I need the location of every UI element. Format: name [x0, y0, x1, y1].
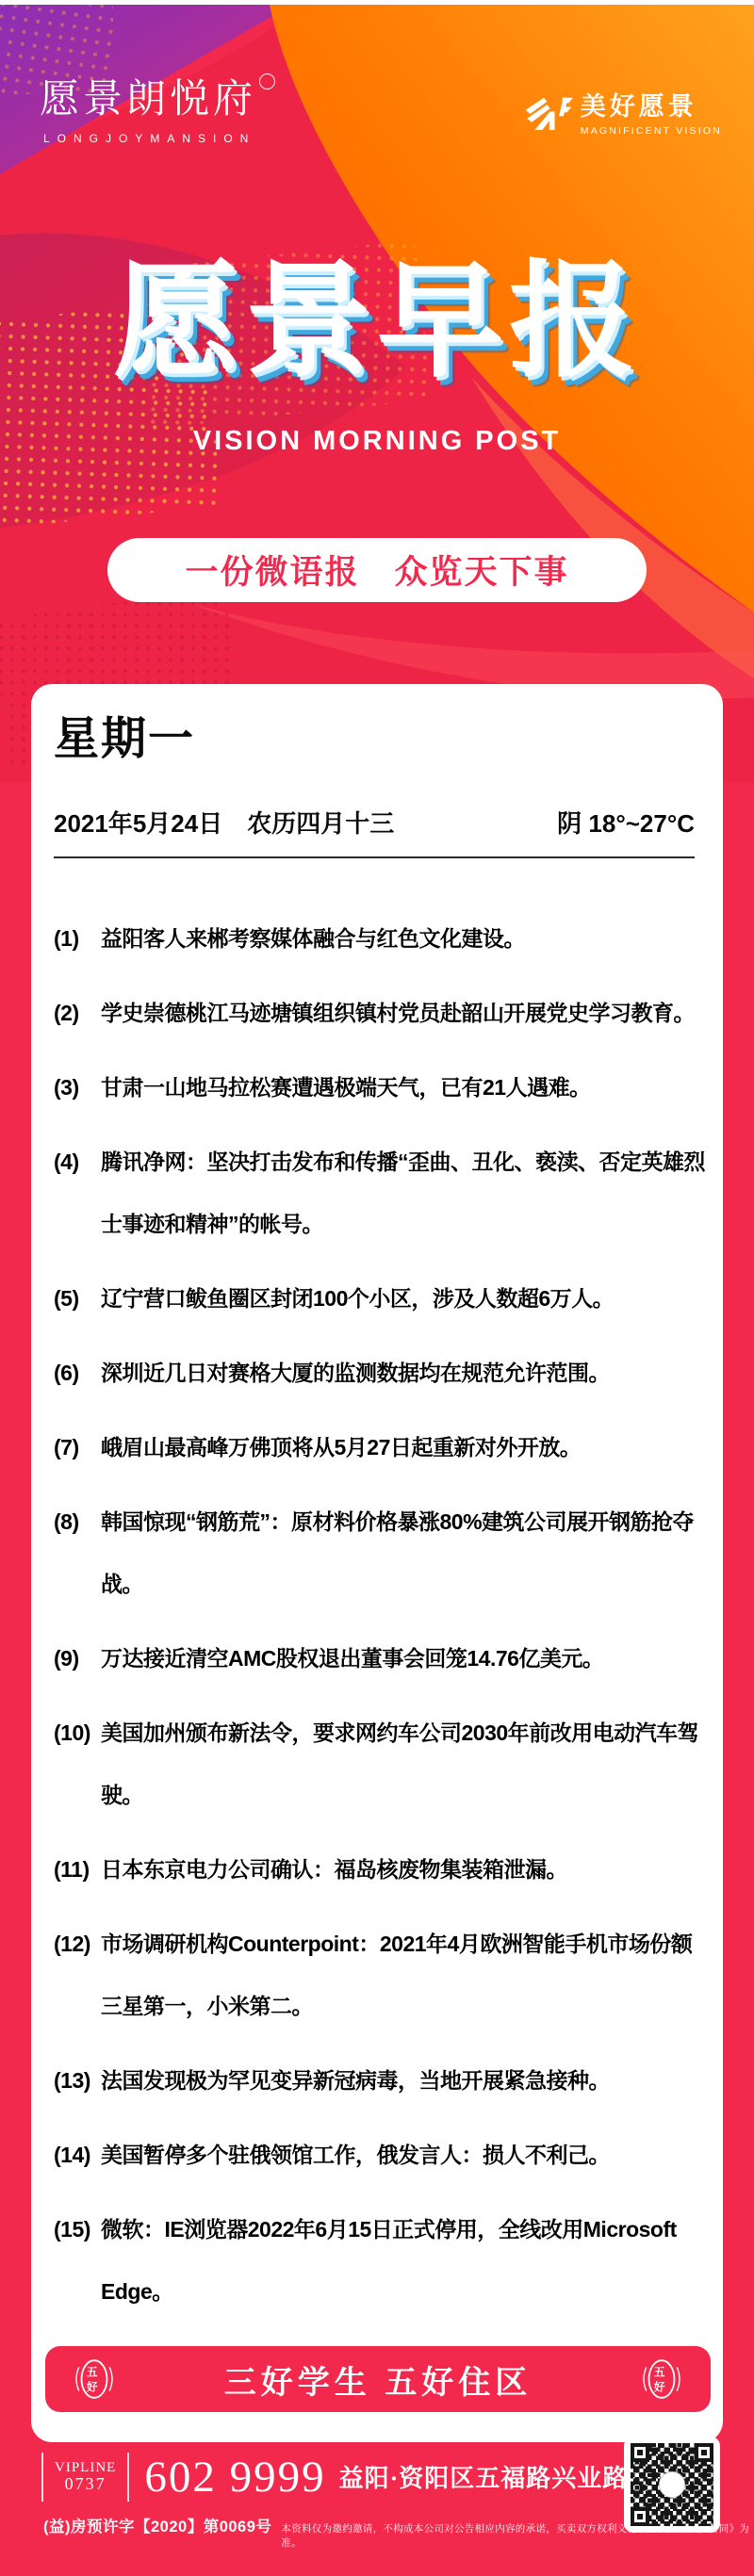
news-item-number: (15) — [54, 2198, 101, 2323]
news-item-number: (13) — [54, 2049, 101, 2111]
seal-char-bottom: 好 — [86, 2381, 102, 2394]
seal-char-top: 五 — [654, 2366, 669, 2378]
news-item-number: (9) — [54, 1627, 101, 1689]
slogan-banner: 五 好 三好学生 五好住区 五 好 — [45, 2346, 711, 2412]
qr-finder-icon — [695, 2443, 713, 2462]
qr-finder-icon — [631, 2443, 649, 2462]
news-item-number: (8) — [54, 1491, 101, 1615]
qr-code-frame — [624, 2437, 720, 2533]
news-item-text: 深圳近几日对赛格大厦的监测数据均在规范允许范围。 — [101, 1342, 710, 1404]
date-text: 2021年5月24日 农历四月十三 — [54, 805, 394, 840]
news-item-number: (10) — [54, 1702, 101, 1826]
news-item-text: 万达接近清空AMC股权退出董事会回笼14.76亿美元。 — [101, 1627, 710, 1689]
wuhao-seal-icon: 五 好 — [74, 2354, 115, 2405]
weather-text: 阴 18°~27°C — [557, 805, 695, 840]
news-item-text: 美国暂停多个驻俄领馆工作，俄发言人：损人不利己。 — [101, 2124, 710, 2186]
brand-logo-left: 愿景朗悦府 LONGJOYMANSION — [40, 79, 275, 145]
brand-seal-icon — [259, 73, 275, 90]
news-item: (1) 益阳客人来郴考察媒体融合与红色文化建设。 — [54, 907, 710, 970]
news-item-number: (2) — [54, 982, 101, 1044]
news-item-text: 辽宁营口鲅鱼圈区封闭100个小区，涉及人数超6万人。 — [101, 1267, 710, 1329]
news-item-text: 法国发现极为罕见变异新冠病毒，当地开展紧急接种。 — [101, 2049, 710, 2111]
news-item-number: (7) — [54, 1416, 101, 1478]
slogan-text: 三好学生 五好住区 — [224, 2356, 532, 2403]
news-item: (3) 甘肃一山地马拉松赛遭遇极端天气，已有21人遇难。 — [54, 1056, 710, 1118]
news-item-text: 市场调研机构Counterpoint：2021年4月欧洲智能手机市场份额三星第一… — [101, 1913, 710, 2037]
date-row: 2021年5月24日 农历四月十三 阴 18°~27°C — [54, 805, 710, 840]
news-item-text: 腾讯净网：坚决打击发布和传播“歪曲、丑化、亵渎、否定英雄烈士事迹和精神”的帐号。 — [101, 1131, 710, 1255]
weekday-heading: 星期一 — [54, 712, 710, 767]
magnificent-vision-logo-icon — [524, 95, 573, 131]
qr-center-logo-icon — [659, 2471, 685, 2498]
news-item: (13) 法国发现极为罕见变异新冠病毒，当地开展紧急接种。 — [54, 2049, 710, 2111]
brand-right-name: 美好愿景 — [581, 94, 722, 120]
vip-line-block: VIPLINE 0737 — [55, 2460, 116, 2494]
brand-left-name-text: 愿景朗悦府 — [40, 79, 256, 119]
brand-logo-right: 美好愿景 MAGNIFICENT VISION — [524, 94, 722, 137]
news-item: (10) 美国加州颁布新法令，要求网约车公司2030年前改用电动汽车驾驶。 — [54, 1702, 710, 1826]
footer-divider-bar — [127, 2453, 129, 2502]
news-item: (7) 峨眉山最高峰万佛顶将从5月27日起重新对外开放。 — [54, 1416, 710, 1478]
hero-header: 愿景朗悦府 LONGJOYMANSION 美好愿景 MAGNIFICENT VI… — [0, 0, 754, 782]
presale-permit: (益)房预许字【2020】第0069号 — [43, 2514, 271, 2536]
news-item-text: 甘肃一山地马拉松赛遭遇极端天气，已有21人遇难。 — [101, 1056, 710, 1118]
news-item-number: (12) — [54, 1913, 101, 2037]
vip-line-label: VIPLINE — [55, 2460, 116, 2476]
poster-title: 愿景早报 — [0, 253, 754, 391]
brand-left-subtitle: LONGJOYMANSION — [40, 132, 275, 145]
phone-number: 602 9999 — [144, 2455, 325, 2500]
news-item-text: 微软：IE浏览器2022年6月15日正式停用，全线改用Microsoft Edg… — [101, 2198, 710, 2323]
news-item: (4) 腾讯净网：坚决打击发布和传播“歪曲、丑化、亵渎、否定英雄烈士事迹和精神”… — [54, 1131, 710, 1255]
news-item: (9) 万达接近清空AMC股权退出董事会回笼14.76亿美元。 — [54, 1627, 710, 1689]
news-item: (12) 市场调研机构Counterpoint：2021年4月欧洲智能手机市场份… — [54, 1913, 710, 2037]
news-item-text: 美国加州颁布新法令，要求网约车公司2030年前改用电动汽车驾驶。 — [101, 1702, 710, 1826]
news-item: (14) 美国暂停多个驻俄领馆工作，俄发言人：损人不利己。 — [54, 2124, 710, 2186]
news-item-number: (1) — [54, 907, 101, 970]
news-item: (8) 韩国惊现“钢筋荒”：原材料价格暴涨80%建筑公司展开钢筋抢夺战。 — [54, 1491, 710, 1615]
tagline-pill: 一份微语报 众览天下事 — [107, 538, 647, 602]
news-item-number: (5) — [54, 1267, 101, 1329]
news-list: (1) 益阳客人来郴考察媒体融合与红色文化建设。 (2) 学史崇德桃江马迹塘镇组… — [54, 907, 710, 2323]
qr-code — [631, 2443, 713, 2526]
news-item-number: (11) — [54, 1838, 101, 1900]
news-item-number: (6) — [54, 1342, 101, 1404]
seal-char-bottom: 好 — [653, 2381, 669, 2394]
brand-left-name: 愿景朗悦府 — [40, 79, 275, 119]
vip-line-code: 0737 — [55, 2475, 116, 2494]
news-item-number: (3) — [54, 1056, 101, 1118]
news-item-number: (14) — [54, 2124, 101, 2186]
news-item-text: 益阳客人来郴考察媒体融合与红色文化建设。 — [101, 907, 710, 970]
news-card: 星期一 2021年5月24日 农历四月十三 阴 18°~27°C (1) 益阳客… — [31, 684, 723, 2442]
news-item-number: (4) — [54, 1131, 101, 1255]
news-item-text: 峨眉山最高峰万佛顶将从5月27日起重新对外开放。 — [101, 1416, 710, 1478]
wuhao-seal-icon: 五 好 — [641, 2354, 682, 2405]
news-item-text: 日本东京电力公司确认：福岛核废物集装箱泄漏。 — [101, 1838, 710, 1900]
brand-right-subtitle: MAGNIFICENT VISION — [581, 125, 722, 137]
top-edge-strip — [0, 0, 754, 5]
news-item-text: 韩国惊现“钢筋荒”：原材料价格暴涨80%建筑公司展开钢筋抢夺战。 — [101, 1491, 710, 1615]
footer-divider-bar — [41, 2453, 43, 2502]
seal-char-top: 五 — [87, 2366, 102, 2378]
news-item: (6) 深圳近几日对赛格大厦的监测数据均在规范允许范围。 — [54, 1342, 710, 1404]
news-item-text: 学史崇德桃江马迹塘镇组织镇村党员赴韶山开展党史学习教育。 — [101, 982, 710, 1044]
news-item: (15) 微软：IE浏览器2022年6月15日正式停用，全线改用Microsof… — [54, 2198, 710, 2323]
news-item: (11) 日本东京电力公司确认：福岛核废物集装箱泄漏。 — [54, 1838, 710, 1900]
poster-subtitle: VISION MORNING POST — [0, 426, 754, 457]
qr-finder-icon — [631, 2507, 649, 2526]
date-divider — [54, 856, 695, 858]
news-item: (5) 辽宁营口鲅鱼圈区封闭100个小区，涉及人数超6万人。 — [54, 1267, 710, 1329]
news-item: (2) 学史崇德桃江马迹塘镇组织镇村党员赴韶山开展党史学习教育。 — [54, 982, 710, 1044]
